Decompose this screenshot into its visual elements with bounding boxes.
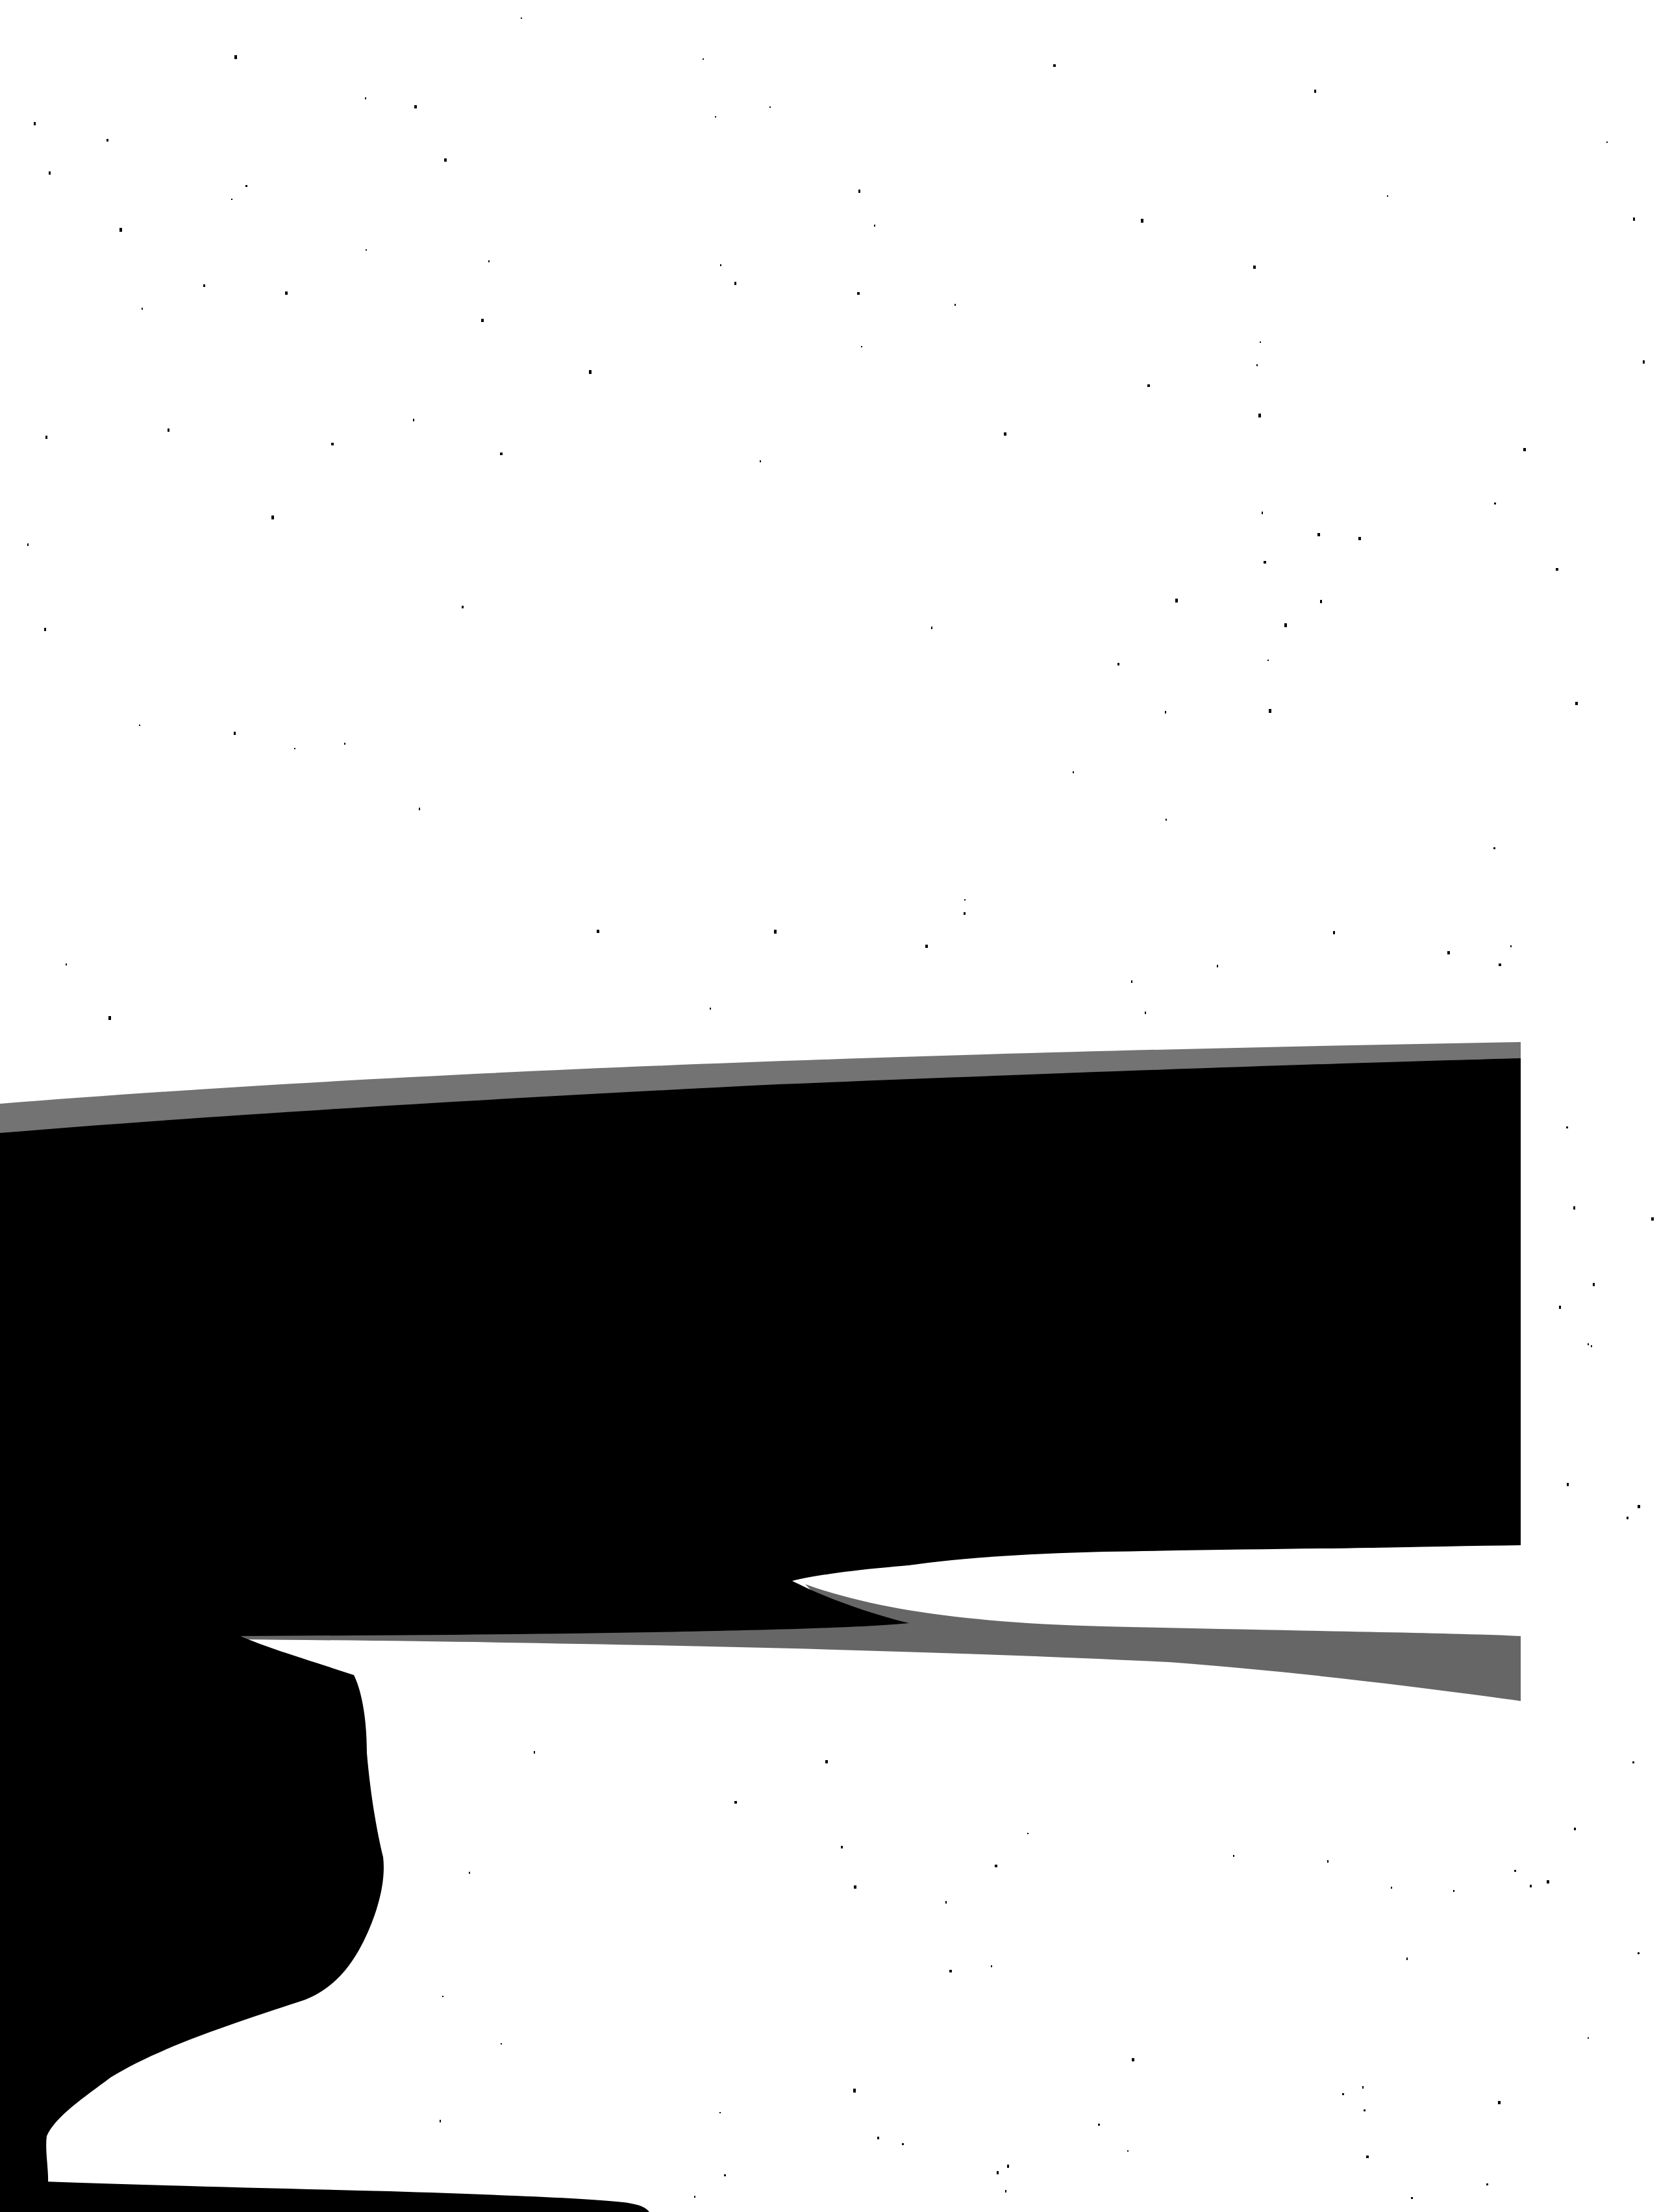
landscape-scene xyxy=(0,0,1659,2212)
